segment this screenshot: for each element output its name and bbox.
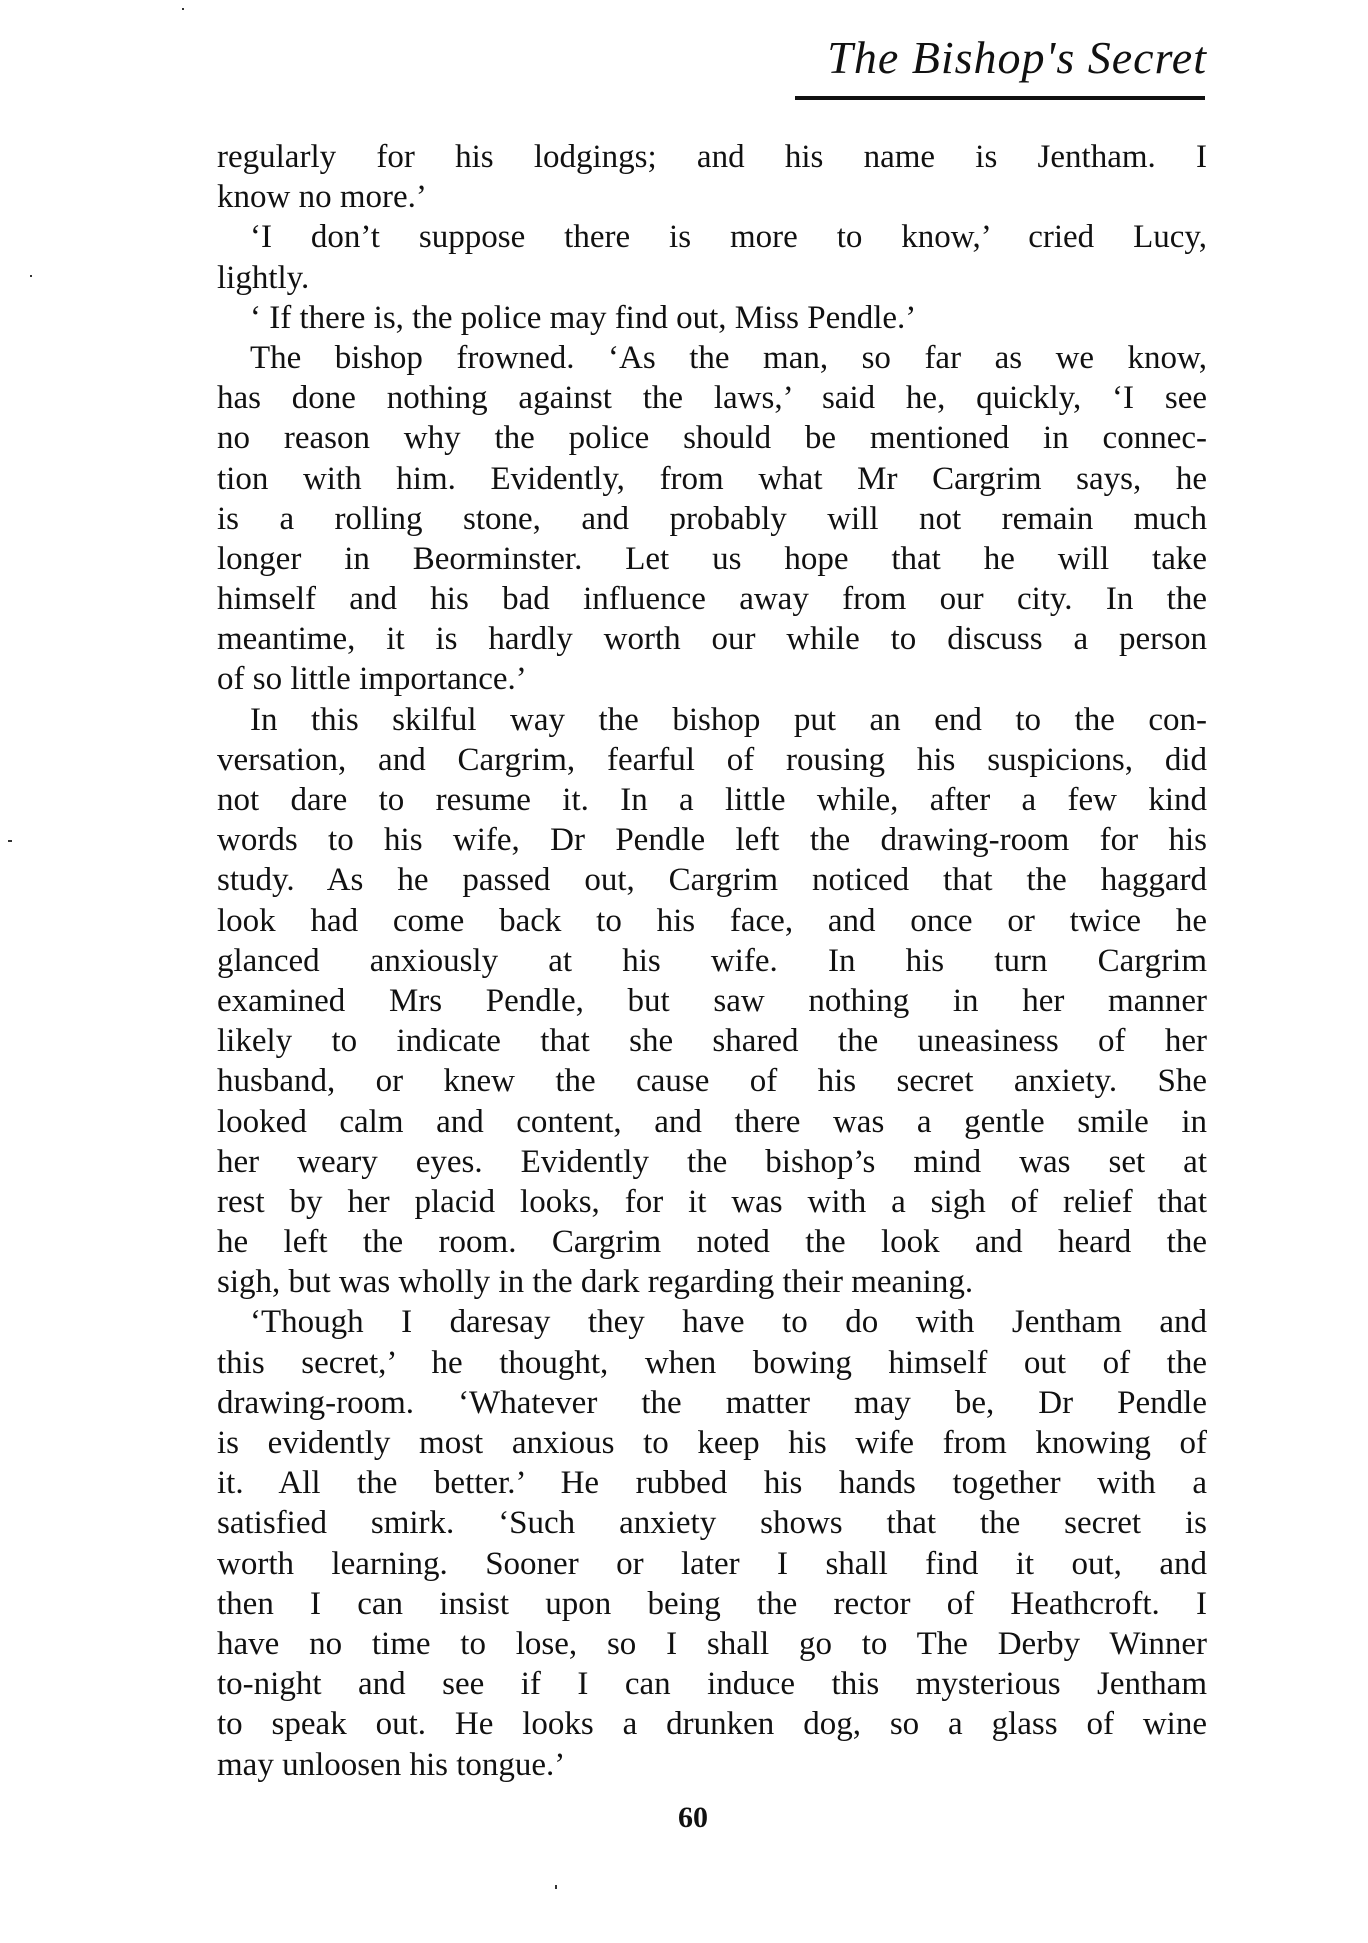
text-line: satisfied smirk. ‘Such anxiety shows tha…	[217, 1503, 1207, 1543]
page-number: 60	[0, 1798, 1368, 1838]
text-line: meantime, it is hardly worth our while t…	[217, 619, 1207, 659]
text-line: look had come back to his face, and once…	[217, 901, 1207, 941]
text-line: it. All the better.’ He rubbed his hands…	[217, 1463, 1207, 1503]
text-line: ‘I don’t suppose there is more to know,’…	[217, 217, 1207, 257]
text-line: not dare to resume it. In a little while…	[217, 780, 1207, 820]
text-line: may unloosen his tongue.’	[217, 1745, 1207, 1785]
text-line: have no time to lose, so I shall go to T…	[217, 1624, 1207, 1664]
text-line: ‘Though I daresay they have to do with J…	[217, 1302, 1207, 1342]
text-line: no reason why the police should be menti…	[217, 418, 1207, 458]
text-line: regularly for his lodgings; and his name…	[217, 137, 1207, 177]
text-line: to-night and see if I can induce this my…	[217, 1664, 1207, 1704]
scan-speck	[555, 1885, 557, 1889]
text-line: examined Mrs Pendle, but saw nothing in …	[217, 981, 1207, 1021]
text-line: is evidently most anxious to keep his wi…	[217, 1423, 1207, 1463]
text-line: longer in Beorminster. Let us hope that …	[217, 539, 1207, 579]
text-line: The bishop frowned. ‘As the man, so far …	[217, 338, 1207, 378]
scan-speck	[8, 840, 12, 842]
text-line: is a rolling stone, and probably will no…	[217, 499, 1207, 539]
text-line: study. As he passed out, Cargrim noticed…	[217, 860, 1207, 900]
text-line: to speak out. He looks a drunken dog, so…	[217, 1704, 1207, 1744]
text-line: glanced anxiously at his wife. In his tu…	[217, 941, 1207, 981]
text-line: her weary eyes. Evidently the bishop’s m…	[217, 1142, 1207, 1182]
text-line: lightly.	[217, 258, 1207, 298]
text-line: In this skilful way the bishop put an en…	[217, 700, 1207, 740]
text-line: then I can insist upon being the rector …	[217, 1584, 1207, 1624]
text-line: ‘ If there is, the police may find out, …	[217, 298, 1207, 338]
text-line: likely to indicate that she shared the u…	[217, 1021, 1207, 1061]
text-line: has done nothing against the laws,’ said…	[217, 378, 1207, 418]
text-line: words to his wife, Dr Pendle left the dr…	[217, 820, 1207, 860]
text-line: husband, or knew the cause of his secret…	[217, 1061, 1207, 1101]
scan-speck	[30, 275, 32, 277]
header-rule	[795, 96, 1205, 100]
scan-speck	[182, 8, 184, 10]
text-line: he left the room. Cargrim noted the look…	[217, 1222, 1207, 1262]
running-head-title: The Bishop's Secret	[795, 30, 1207, 86]
text-line: worth learning. Sooner or later I shall …	[217, 1544, 1207, 1584]
text-line: versation, and Cargrim, fearful of rousi…	[217, 740, 1207, 780]
text-line: know no more.’	[217, 177, 1207, 217]
text-line: this secret,’ he thought, when bowing hi…	[217, 1343, 1207, 1383]
body-text: regularly for his lodgings; and his name…	[217, 137, 1207, 1785]
text-line: rest by her placid looks, for it was wit…	[217, 1182, 1207, 1222]
text-line: sigh, but was wholly in the dark regardi…	[217, 1262, 1207, 1302]
text-line: looked calm and content, and there was a…	[217, 1102, 1207, 1142]
text-line: drawing-room. ‘Whatever the matter may b…	[217, 1383, 1207, 1423]
text-line: himself and his bad influence away from …	[217, 579, 1207, 619]
text-line: of so little importance.’	[217, 659, 1207, 699]
text-line: tion with him. Evidently, from what Mr C…	[217, 459, 1207, 499]
